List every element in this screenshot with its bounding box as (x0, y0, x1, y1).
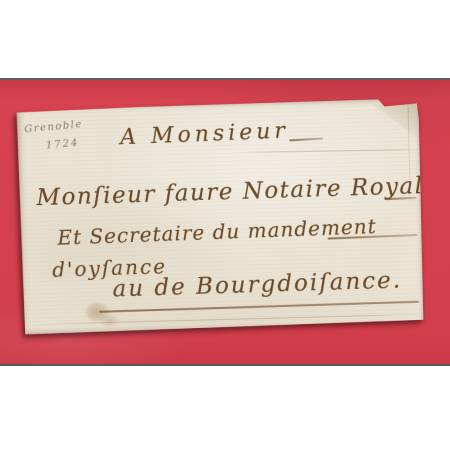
letter-paper: Grenoble 1724 A Monsieur Monſieur faure … (16, 98, 423, 334)
fold-crease-upper (239, 149, 420, 153)
pencil-annotation-year: 1724 (45, 134, 85, 155)
ink-underline-line-5 (99, 301, 419, 313)
address-line-1: A Monsieur (120, 118, 290, 150)
bottom-white-band (0, 366, 450, 450)
folded-letter: Grenoble 1724 A Monsieur Monſieur faure … (16, 98, 423, 334)
top-white-band (0, 0, 450, 78)
torn-corner-fold (370, 103, 419, 140)
ink-flourish-after-line-1 (289, 137, 323, 140)
photo-of-antique-letter: Grenoble 1724 A Monsieur Monſieur faure … (0, 0, 450, 450)
pencil-annotation: Grenoble 1724 (24, 116, 86, 157)
address-line-3: Et Secretaire du mandement (57, 214, 377, 250)
address-line-2: Monſieur faure Notaire Royal (36, 173, 424, 211)
